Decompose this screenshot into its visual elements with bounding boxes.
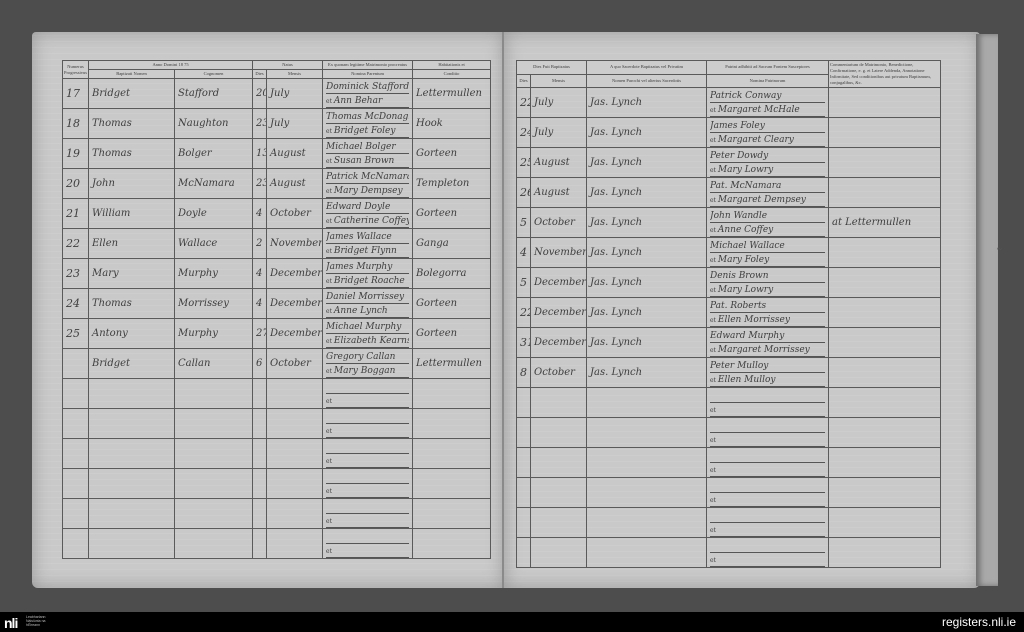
table-row [517,448,941,478]
baptism-day: 26 [517,178,531,208]
baptism-day: 22 [517,88,531,118]
second-person [326,514,409,528]
table-row: 24ThomasMorrissey4DecemberDaniel Morriss… [63,289,491,319]
entry-number: 20 [63,169,89,199]
minister: Jas. Lynch [587,88,707,118]
entry-number: 18 [63,109,89,139]
second-person: Bridget Flynn [326,244,409,258]
baptism-day [517,478,531,508]
baptized-name: William [89,199,175,229]
second-person: Ann Behar [326,94,409,108]
first-person: Edward Murphy [710,329,825,343]
baptized-name: Bridget [89,349,175,379]
first-person [710,479,825,493]
birth-month [267,499,323,529]
residence: Gorteen [413,139,491,169]
baptism-month [531,448,587,478]
sponsors-cell: Daniel MorrisseyAnne Lynch [323,289,413,319]
minister: Jas. Lynch [587,298,707,328]
sponsors-cell: James WallaceBridget Flynn [323,229,413,259]
surname [175,529,253,559]
table-row: 26AugustJas. LynchPat. McNamaraMargaret … [517,178,941,208]
table-row [517,538,941,568]
header-minister-group: A quo Sacerdote Baptizatus vel Privatim [587,61,707,75]
sponsors-cell [323,379,413,409]
baptism-month: December [531,328,587,358]
birth-day [253,409,267,439]
second-person [710,493,825,507]
sponsors-cell [707,418,829,448]
entry-number [63,439,89,469]
baptism-month: July [531,118,587,148]
residence: Hook [413,109,491,139]
residence [413,529,491,559]
sponsors-cell: James FoleyMargaret Cleary [707,118,829,148]
minister [587,388,707,418]
sponsors-cell: James MurphyBridget Roache [323,259,413,289]
sponsors-cell [707,448,829,478]
header-name: Baptizati Nomen [89,70,175,79]
table-row: 25AntonyMurphy27DecemberMichael MurphyEl… [63,319,491,349]
baptism-day: 31 [517,328,531,358]
header-year: Anno Domini 18 75 [89,61,253,70]
nli-logo[interactable]: nli [4,615,17,631]
sponsors-cell: Michael MurphyElizabeth Kearns [323,319,413,349]
residence [413,469,491,499]
residence [413,499,491,529]
birth-month: October [267,199,323,229]
birth-month: December [267,289,323,319]
sponsors-cell: Pat. RobertsEllen Morrissey [707,298,829,328]
table-row [517,508,941,538]
baptism-month [531,388,587,418]
entry-number [63,499,89,529]
minister [587,418,707,448]
table-row: 23MaryMurphy4DecemberJames MurphyBridget… [63,259,491,289]
second-person: Bridget Roache [326,274,409,288]
baptized-name [89,499,175,529]
surname [175,469,253,499]
sponsors-cell: Thomas McDonaghBridget Foley [323,109,413,139]
residence: Bolegorra [413,259,491,289]
second-person [326,424,409,438]
first-person [326,440,409,454]
sponsors-cell: Edward MurphyMargaret Morrissey [707,328,829,358]
surname: Naughton [175,109,253,139]
first-person: Pat. Roberts [710,299,825,313]
table-row: 31DecemberJas. LynchEdward MurphyMargare… [517,328,941,358]
baptism-month: August [531,178,587,208]
notes [829,118,941,148]
first-person: Gregory Callan [326,350,409,364]
table-row: 17BridgetStafford20JulyDominick Stafford… [63,79,491,109]
notes [829,448,941,478]
site-link[interactable]: registers.nli.ie [942,615,1016,629]
table-row: 5DecemberJas. LynchDenis BrownMary Lowry [517,268,941,298]
entry-number: 23 [63,259,89,289]
image-viewer[interactable]: Numerus Progressivus Anno Domini 18 75 N… [0,0,1024,612]
second-person: Mary Lowry [710,283,825,297]
baptism-register-right: Dies Fuit Baptizatus A quo Sacerdote Bap… [516,60,941,568]
birth-day: 13 [253,139,267,169]
first-person: Daniel Morrissey [326,290,409,304]
page-edge: ~ [976,34,998,586]
second-person [326,454,409,468]
first-person [710,509,825,523]
baptism-day: 8 [517,358,531,388]
table-row: 20JohnMcNamara23AugustPatrick McNamaraMa… [63,169,491,199]
baptism-month [531,538,587,568]
baptism-register-left: Numerus Progressivus Anno Domini 18 75 N… [62,60,491,559]
table-row [517,418,941,448]
header-month: Mensis [531,74,587,88]
baptism-day: 24 [517,118,531,148]
residence [413,439,491,469]
first-person [326,530,409,544]
birth-month: November [267,229,323,259]
second-person: Bridget Foley [326,124,409,138]
sponsors-cell [707,538,829,568]
second-person: Anne Lynch [326,304,409,318]
surname: Murphy [175,259,253,289]
second-person: Catherine Coffey [326,214,409,228]
second-person: Elizabeth Kearns [326,334,409,348]
minister: Jas. Lynch [587,328,707,358]
table-row [63,379,491,409]
birth-month [267,379,323,409]
second-person: Mary Boggan [326,364,409,378]
first-person [710,539,825,553]
entry-number: 19 [63,139,89,169]
second-person: Susan Brown [326,154,409,168]
minister: Jas. Lynch [587,268,707,298]
baptism-day [517,448,531,478]
first-person [326,380,409,394]
baptism-day: 4 [517,238,531,268]
entry-number [63,529,89,559]
second-person: Margaret Cleary [710,133,825,147]
first-person: James Murphy [326,260,409,274]
second-person [710,523,825,537]
baptism-month: October [531,208,587,238]
baptized-name: Thomas [89,109,175,139]
table-row: 19ThomasBolger13AugustMichael BolgerSusa… [63,139,491,169]
sponsors-cell [707,478,829,508]
table-row: 22JulyJas. LynchPatrick ConwayMargaret M… [517,88,941,118]
sponsors-cell [323,469,413,499]
birth-day [253,379,267,409]
baptism-day [517,388,531,418]
minister [587,448,707,478]
birth-day: 4 [253,289,267,319]
notes [829,538,941,568]
baptized-name: Thomas [89,139,175,169]
entry-number: 17 [63,79,89,109]
baptism-month: December [531,298,587,328]
minister: Jas. Lynch [587,148,707,178]
right-page: Dies Fuit Baptizatus A quo Sacerdote Bap… [504,32,980,588]
birth-month: July [267,79,323,109]
surname: Bolger [175,139,253,169]
first-person: Patrick Conway [710,89,825,103]
entry-number: 25 [63,319,89,349]
register-book: Numerus Progressivus Anno Domini 18 75 N… [32,28,998,596]
baptized-name [89,439,175,469]
surname: McNamara [175,169,253,199]
notes [829,358,941,388]
first-person: Michael Bolger [326,140,409,154]
header-day: Dies [253,70,267,79]
sponsors-cell: Michael WallaceMary Foley [707,238,829,268]
sponsors-cell [323,409,413,439]
baptism-month: December [531,268,587,298]
header-number: Numerus Progressivus [63,61,89,79]
header-minister: Nomen Parochi vel alterius Sacerdotis [587,74,707,88]
birth-day [253,499,267,529]
notes [829,88,941,118]
header-parents: Nomina Parentum [323,70,413,79]
birth-month: December [267,259,323,289]
header-residence-group: Habitationis et [413,61,491,70]
sponsors-cell [323,529,413,559]
nli-logo-text: Leabharlann Náisiúnta na hÉireann [26,615,56,627]
baptized-name: Mary [89,259,175,289]
birth-day [253,439,267,469]
birth-month: August [267,169,323,199]
baptism-month [531,508,587,538]
second-person [710,403,825,417]
sponsors-cell: Patrick ConwayMargaret McHale [707,88,829,118]
birth-day: 2 [253,229,267,259]
second-person: Margaret McHale [710,103,825,117]
notes [829,478,941,508]
baptism-day: 25 [517,148,531,178]
first-person: Denis Brown [710,269,825,283]
sponsors-cell: Edward DoyleCatherine Coffey [323,199,413,229]
residence [413,409,491,439]
table-row: 24JulyJas. LynchJames FoleyMargaret Clea… [517,118,941,148]
header-surname: Cognomen [175,70,253,79]
entry-number [63,379,89,409]
first-person: Peter Dowdy [710,149,825,163]
baptism-day [517,418,531,448]
second-person [326,544,409,558]
table-row [63,529,491,559]
baptized-name: Thomas [89,289,175,319]
baptism-month: November [531,238,587,268]
minister: Jas. Lynch [587,208,707,238]
birth-day: 4 [253,259,267,289]
notes [829,148,941,178]
notes: at Lettermullen [829,208,941,238]
baptized-name [89,469,175,499]
birth-day: 20 [253,79,267,109]
birth-day: 23 [253,109,267,139]
surname: Doyle [175,199,253,229]
table-row: 5OctoberJas. LynchJohn WandleAnne Coffey… [517,208,941,238]
table-row [63,499,491,529]
header-sponsors-group: Patrini adhibiti ad Sacrum Fontem Suscep… [707,61,829,75]
birth-month: December [267,319,323,349]
sponsors-cell: John WandleAnne Coffey [707,208,829,238]
birth-day: 4 [253,199,267,229]
table-row: 8OctoberJas. LynchPeter MulloyEllen Mull… [517,358,941,388]
surname [175,499,253,529]
residence: Gorteen [413,319,491,349]
baptism-day: 5 [517,268,531,298]
residence: Gorteen [413,199,491,229]
baptized-name [89,409,175,439]
minister: Jas. Lynch [587,118,707,148]
first-person: Michael Murphy [326,320,409,334]
birth-month [267,409,323,439]
surname: Stafford [175,79,253,109]
table-row: 18ThomasNaughton23JulyThomas McDonaghBri… [63,109,491,139]
baptism-day: 5 [517,208,531,238]
first-person: Edward Doyle [326,200,409,214]
sponsors-cell [323,499,413,529]
table-row: BridgetCallan6OctoberGregory CallanMary … [63,349,491,379]
header-born: Natus [253,61,323,70]
second-person: Anne Coffey [710,223,825,237]
second-person: Ellen Mulloy [710,373,825,387]
header-month: Mensis [267,70,323,79]
residence: Lettermullen [413,349,491,379]
table-row [517,388,941,418]
birth-day [253,529,267,559]
header-baptism-date: Dies Fuit Baptizatus [517,61,587,75]
notes [829,508,941,538]
notes [829,328,941,358]
second-person [710,463,825,477]
baptized-name: Bridget [89,79,175,109]
baptism-month: October [531,358,587,388]
sponsors-cell [707,388,829,418]
minister: Jas. Lynch [587,358,707,388]
birth-month [267,469,323,499]
sponsors-cell [323,439,413,469]
minister: Jas. Lynch [587,238,707,268]
second-person [710,433,825,447]
first-person: James Foley [710,119,825,133]
baptized-name [89,529,175,559]
entry-number: 21 [63,199,89,229]
sponsors-cell [707,508,829,538]
table-row [63,439,491,469]
residence [413,379,491,409]
first-person: Patrick McNamara [326,170,409,184]
first-person: James Wallace [326,230,409,244]
birth-month: July [267,109,323,139]
table-row: 25AugustJas. LynchPeter DowdyMary Lowry [517,148,941,178]
sponsors-cell: Peter MulloyEllen Mulloy [707,358,829,388]
first-person: Pat. McNamara [710,179,825,193]
first-person [326,500,409,514]
birth-day [253,469,267,499]
baptized-name: Antony [89,319,175,349]
first-person [710,449,825,463]
left-page: Numerus Progressivus Anno Domini 18 75 N… [32,32,504,588]
header-residence: Conditio [413,70,491,79]
header-day: Dies [517,74,531,88]
sponsors-cell: Gregory CallanMary Boggan [323,349,413,379]
baptism-day [517,508,531,538]
minister [587,478,707,508]
first-person [326,410,409,424]
surname [175,439,253,469]
entry-number [63,349,89,379]
notes [829,388,941,418]
header-sponsors: Nomina Patrinorum [707,74,829,88]
table-row [63,409,491,439]
notes [829,268,941,298]
baptism-day: 22 [517,298,531,328]
birth-day: 27 [253,319,267,349]
notes [829,238,941,268]
residence: Templeton [413,169,491,199]
first-person: Thomas McDonagh [326,110,409,124]
table-row: 22DecemberJas. LynchPat. RobertsEllen Mo… [517,298,941,328]
birth-day: 6 [253,349,267,379]
notes [829,298,941,328]
first-person: Michael Wallace [710,239,825,253]
minister [587,538,707,568]
birth-day: 23 [253,169,267,199]
entry-number: 24 [63,289,89,319]
surname [175,379,253,409]
baptized-name: John [89,169,175,199]
sponsors-cell: Patrick McNamaraMary Dempsey [323,169,413,199]
second-person: Ellen Morrissey [710,313,825,327]
baptism-day [517,538,531,568]
baptism-month [531,478,587,508]
baptism-month [531,418,587,448]
entry-number [63,409,89,439]
birth-month: August [267,139,323,169]
header-notes: Commentarium de Matrimonio, Benedictione… [829,61,941,88]
table-row: 22EllenWallace2NovemberJames WallaceBrid… [63,229,491,259]
second-person [710,553,825,567]
notes [829,418,941,448]
table-row [517,478,941,508]
edge-mark: ~ [997,244,1002,255]
second-person: Margaret Dempsey [710,193,825,207]
minister: Jas. Lynch [587,178,707,208]
surname: Wallace [175,229,253,259]
surname: Murphy [175,319,253,349]
first-person [710,389,825,403]
baptism-month: August [531,148,587,178]
sponsors-cell: Denis BrownMary Lowry [707,268,829,298]
header-parents-group: Ex quonam legitime Matrimonio procreatus [323,61,413,70]
second-person: Mary Lowry [710,163,825,177]
baptism-month: July [531,88,587,118]
second-person: Mary Foley [710,253,825,267]
second-person [326,394,409,408]
first-person [326,470,409,484]
second-person: Margaret Morrissey [710,343,825,357]
sponsors-cell: Pat. McNamaraMargaret Dempsey [707,178,829,208]
first-person [710,419,825,433]
baptized-name: Ellen [89,229,175,259]
first-person: Dominick Stafford [326,80,409,94]
residence: Gorteen [413,289,491,319]
second-person: Mary Dempsey [326,184,409,198]
first-person: John Wandle [710,209,825,223]
minister [587,508,707,538]
table-row: 21WilliamDoyle4OctoberEdward DoyleCather… [63,199,491,229]
notes [829,178,941,208]
